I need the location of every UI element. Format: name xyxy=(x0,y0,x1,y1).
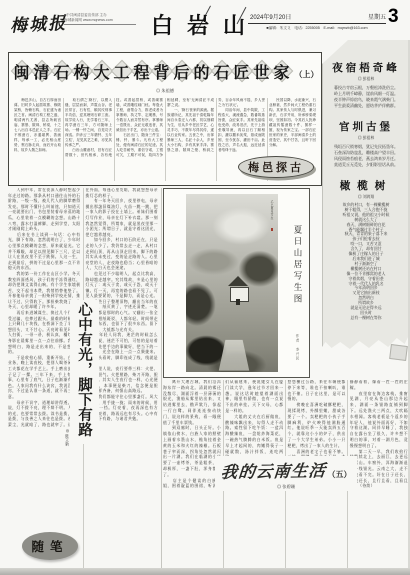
painting-caption: 夏日山居写生图 xyxy=(292,225,304,306)
painting-house-roof xyxy=(228,276,248,286)
poetry-sidebar: 夜宿梧奇峰 ◎ 彭祖林 暮投古寺宿云根，万壑松涛洗俗尘。岭上月明千嶂静，崖前风细… xyxy=(322,40,409,352)
poem-title: 橄榄树 xyxy=(323,178,409,193)
painting-house-door xyxy=(236,299,240,305)
painting-inscription: 乙巳夏月写生 xyxy=(270,200,274,220)
date-block: 2024年9月20日 星期五 xyxy=(250,12,386,21)
painting-figure: 乙巳夏月写生 夏日山居写生图 作者 李兴民 xyxy=(163,188,310,378)
masthead-subtext: ■中共闽清县委宣传部 主办 梅城新闻网 www.mqnews.com xyxy=(64,13,136,25)
page-edge-shadow-bottom xyxy=(0,568,410,575)
painting-path xyxy=(219,340,249,371)
page-number: 3 xyxy=(388,6,399,28)
poem-lines: 暮投古寺宿云根，万壑松涛洗俗尘。岭上月明千嶂静，崖前风细一灯温。夜半钟声惊宿鸟，… xyxy=(323,85,409,109)
poem-lines: 残垣百尺锁寒烟，犹记先民拓垦年。石垒深沟防寇乱，雕楼高户望丰田。风侵雨蚀苔痕老，… xyxy=(323,144,409,168)
lead-byline: ◎ 朱祖德 xyxy=(9,88,321,94)
lead-headline-chars: 闽清石构大工程背后的石匠世家 xyxy=(12,60,292,83)
ink-landscape-painting: 乙巳夏月写生 xyxy=(186,194,278,372)
issue-date: 2024年9月20日 xyxy=(250,12,291,21)
weekday: 星期五 xyxy=(368,12,386,21)
masthead-website-line: 梅城新闻网 www.mqnews.com xyxy=(64,18,136,23)
column-separator-rule xyxy=(161,188,162,568)
essay-article: 人到中年，常在夜深人静时想起少年走过的路。那条从村口通往山外的石阶路，一级一级，… xyxy=(8,188,158,568)
poem-ganlanshu: 橄榄树 ◎ 刘鸿翔 故乡的村口，有一棵橄榄树树干粗得，三人合抱不拢听祖父说，他的… xyxy=(323,178,409,321)
lead-headline-part-label: （上） xyxy=(295,69,319,83)
poem-byline: ◎ 刘鸿翔 xyxy=(323,195,409,200)
newspaper-page: 梅城报 ■中共闽清县委宣传部 主办 梅城新闻网 www.mqnews.com 白… xyxy=(0,0,410,575)
poetry-sidebar-content: 夜宿梧奇峰 ◎ 彭祖林 暮投古寺宿云根，万壑松涛洗俗尘。岭上月明千嶂静，崖前风细… xyxy=(323,40,409,321)
lead-article: 闽清石构大工程背后的石匠世家 （上） ◎ 朱祖德 梅邑多山，自古石厚而田薄。旧时… xyxy=(8,52,322,186)
essay-byline: ◎ 陈立新 xyxy=(64,428,70,446)
header-rule xyxy=(248,23,386,24)
lead-headline: 闽清石构大工程背后的石匠世家 （上） xyxy=(9,60,321,83)
travel-byline: ◎ 张碧珊 xyxy=(215,484,357,490)
column-stamp-suibi: 随笔 xyxy=(22,532,78,560)
travel-headline-block: 我的云南生活（五） ◎ 张碧珊 xyxy=(215,456,357,491)
travel-article: 离开大理古城，我们沿洱海东岸一路向北。清晨的雾还没散尽，湖面浮着一层薄薄的银光，… xyxy=(163,380,408,568)
painting-credit: 作者 李兴民 xyxy=(296,334,301,361)
masthead-logo: 梅城报 xyxy=(9,9,67,37)
sidebar-torn-corner-decoration xyxy=(389,344,408,361)
poem-byline: ◎ 彭祖林 xyxy=(323,77,409,82)
poem-lines: 故乡的村口，有一棵橄榄树树干粗得，三人合抱不拢听祖父说，他的祖父小时候树就这么大… xyxy=(323,203,409,321)
travel-headline: 我的云南生活 xyxy=(219,457,326,483)
travel-headline-part-label: （五） xyxy=(328,470,352,479)
painting-red-seal xyxy=(271,228,274,231)
poem-title: 夜宿梧奇峰 xyxy=(323,60,409,75)
editor-contact-line: ■编辑：朱文义 电话：2255005 E-mail：mqmzb@163.com xyxy=(244,26,390,31)
poem-title: 官圳古堡 xyxy=(323,119,409,134)
poem-guanzhun-gubao: 官圳古堡 ◎ 彭祖林 残垣百尺锁寒烟，犹记先民拓垦年。石垒深沟防寇乱，雕楼高户望… xyxy=(323,119,409,168)
column-stamp-meiyi-tangu: 梅邑探古 xyxy=(238,156,314,178)
essay-vertical-headline: 心中有光，脚下有路 xyxy=(70,300,99,444)
poem-yesu-wuqifeng: 夜宿梧奇峰 ◎ 彭祖林 暮投古寺宿云根，万壑松涛洗俗尘。岭上月明千嶂静，崖前风细… xyxy=(323,60,409,109)
poem-byline: ◎ 彭祖林 xyxy=(323,136,409,141)
